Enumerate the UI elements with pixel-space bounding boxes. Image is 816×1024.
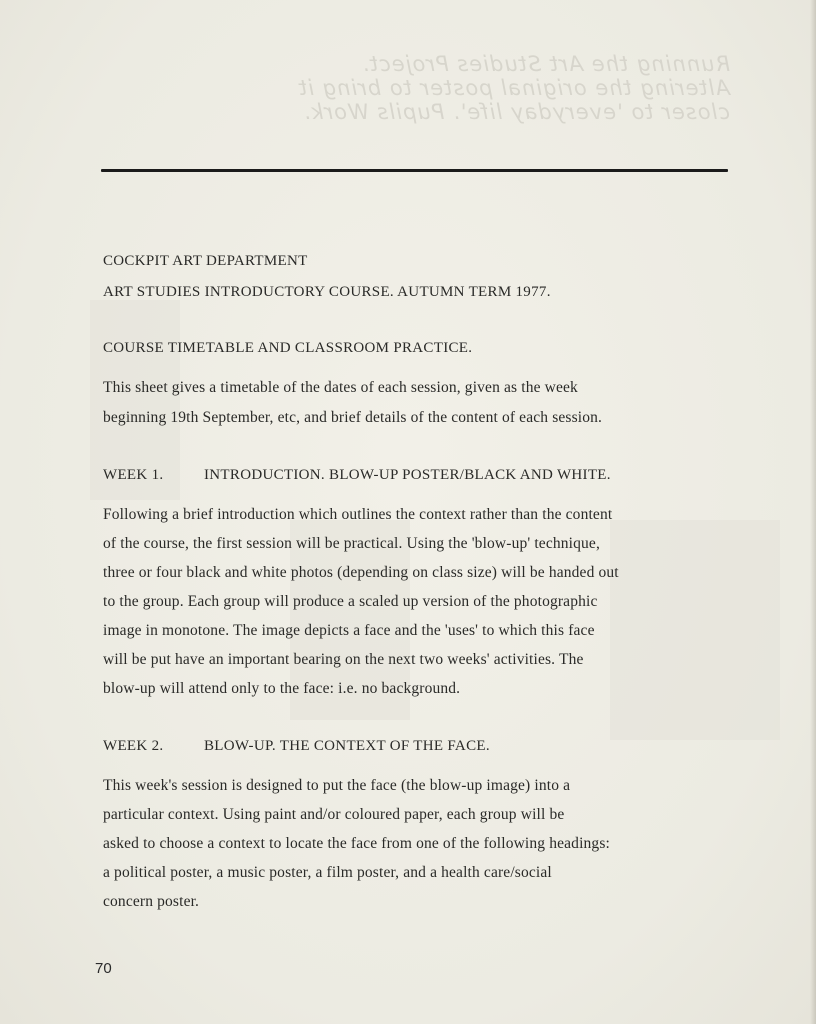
handwriting-line: Running the Art Studies Project. [270,52,730,76]
body-line: a political poster, a music poster, a fi… [103,864,552,882]
week-number: WEEK 1. [103,467,204,484]
body-line: Following a brief introduction which out… [103,506,612,524]
week-1-heading: WEEK 1.INTRODUCTION. BLOW-UP POSTER/BLAC… [103,467,611,484]
ghost-image [610,520,780,740]
week-2-heading: WEEK 2.BLOW-UP. THE CONTEXT OF THE FACE. [103,738,490,755]
handwriting-line: closer to 'everyday life'. Pupils Work. [270,100,730,124]
horizontal-rule [101,169,728,172]
body-line: image in monotone. The image depicts a f… [103,622,595,640]
body-line: particular context. Using paint and/or c… [103,806,564,824]
body-line: to the group. Each group will produce a … [103,593,598,611]
bleed-through-handwriting: Running the Art Studies Project. Alterin… [270,52,730,124]
body-line: three or four black and white photos (de… [103,564,619,582]
body-line: This week's session is designed to put t… [103,777,570,795]
body-line: of the course, the first session will be… [103,535,600,553]
intro-line: This sheet gives a timetable of the date… [103,379,578,397]
week-title: INTRODUCTION. BLOW-UP POSTER/BLACK AND W… [204,467,611,483]
section-title: COURSE TIMETABLE AND CLASSROOM PRACTICE. [103,340,472,357]
intro-line: beginning 19th September, etc, and brief… [103,409,602,427]
page-number: 70 [95,960,112,977]
page-edge-shadow [810,0,816,1024]
body-line: asked to choose a context to locate the … [103,835,610,853]
body-line: concern poster. [103,893,199,911]
department-heading: COCKPIT ART DEPARTMENT [103,253,308,270]
handwriting-line: Altering the original poster to bring it [270,76,730,100]
week-title: BLOW-UP. THE CONTEXT OF THE FACE. [204,738,490,754]
body-line: blow-up will attend only to the face: i.… [103,680,460,698]
document-page: Running the Art Studies Project. Alterin… [0,0,816,1024]
week-number: WEEK 2. [103,738,204,755]
body-line: will be put have an important bearing on… [103,651,584,669]
course-title: ART STUDIES INTRODUCTORY COURSE. AUTUMN … [103,284,551,301]
